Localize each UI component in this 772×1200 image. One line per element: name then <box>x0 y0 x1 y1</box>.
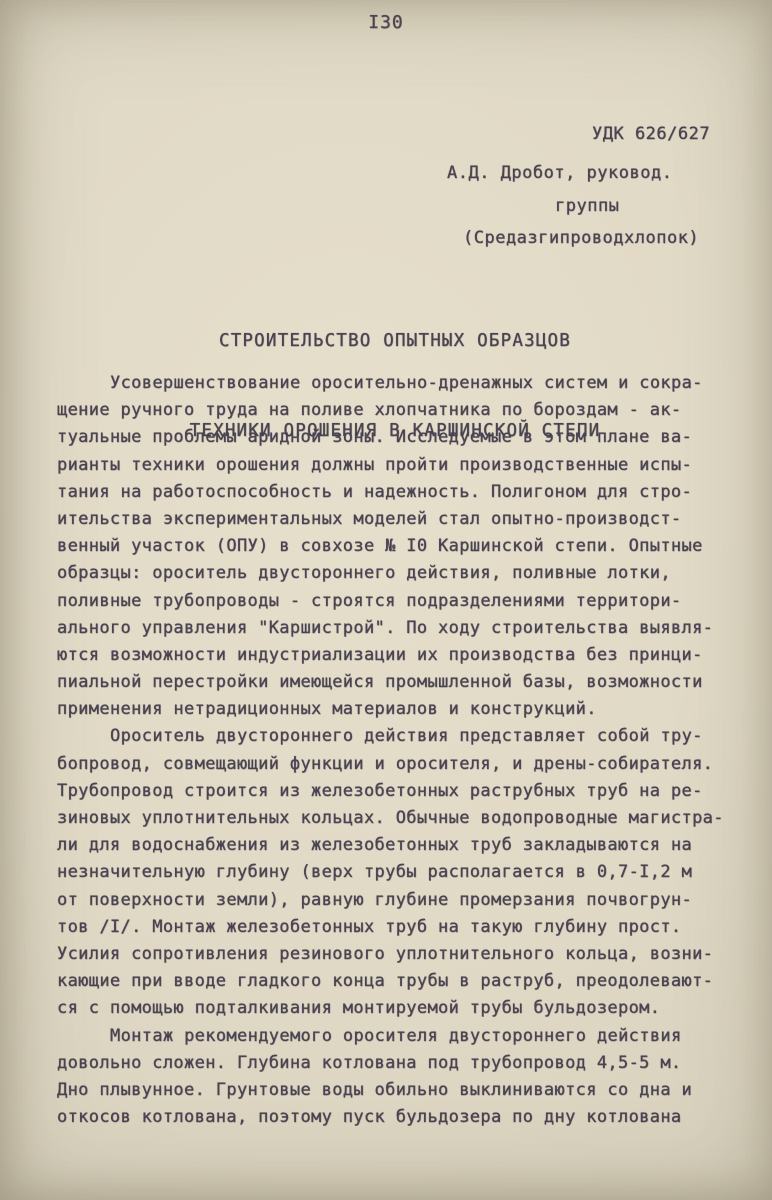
text-line: Усилия сопротивления резинового уплотнит… <box>57 941 733 968</box>
text-line: образцы: ороситель двустороннего действи… <box>57 560 733 587</box>
text-line: ального управления "Каршистрой". По ходу… <box>57 615 733 642</box>
text-line: Усовершенствование оросительно-дренажных… <box>57 370 733 397</box>
document-body: Усовершенствование оросительно-дренажных… <box>57 370 733 1131</box>
text-line: пиальной перестройки имеющейся промышлен… <box>57 669 733 696</box>
author-group: группы <box>555 196 619 216</box>
document-title-line1: СТРОИТЕЛЬСТВО ОПЫТНЫХ ОБРАЗЦОВ <box>57 326 733 356</box>
text-line: ли для водоснабжения из железобетонных т… <box>57 832 733 859</box>
text-line: кающие при вводе гладкого конца трубы в … <box>57 968 733 995</box>
text-line: Трубопровод строится из железобетонных р… <box>57 778 733 805</box>
text-line: ительства экспериментальных моделей стал… <box>57 506 733 533</box>
text-line: ся с помощью подталкивания монтируемой т… <box>57 995 733 1022</box>
text-line: ются возможности индустриализации их про… <box>57 642 733 669</box>
author-organization: (Средазгипроводхлопок) <box>463 228 699 248</box>
text-line: поливные трубопроводы - строятся подразд… <box>57 588 733 615</box>
text-line: Монтаж рекомендуемого оросителя двусторо… <box>57 1023 733 1050</box>
page-number: I30 <box>0 12 772 33</box>
text-line: Ороситель двустороннего действия предста… <box>57 723 733 750</box>
udk-classification: УДК 626/627 <box>592 124 710 144</box>
text-line: зиновых уплотнительных кольцах. Обычные … <box>57 805 733 832</box>
text-line: бопровод, совмещающий функции и оросител… <box>57 751 733 778</box>
text-line: довольно сложен. Глубина котлована под т… <box>57 1050 733 1077</box>
text-line: венный участок (ОПУ) в совхозе № I0 Карш… <box>57 533 733 560</box>
text-line: Дно плывунное. Грунтовые воды обильно вы… <box>57 1077 733 1104</box>
scanned-document-page: I30 УДК 626/627 А.Д. Дробот, руковод. гр… <box>0 0 772 1200</box>
text-line: тов /I/. Монтаж железобетонных труб на т… <box>57 914 733 941</box>
text-line: щение ручного труда на поливе хлопчатник… <box>57 397 733 424</box>
text-line: туальные проблемы аридной зоны. Исследуе… <box>57 424 733 451</box>
text-line: от поверхности земли), равную глубине пр… <box>57 887 733 914</box>
author-name: А.Д. Дробот, руковод. <box>447 163 672 183</box>
text-line: тания на работоспособность и надежность.… <box>57 479 733 506</box>
text-line: откосов котлована, поэтому пуск бульдозе… <box>57 1104 733 1131</box>
text-line: незначительную глубину (верх трубы распо… <box>57 859 733 886</box>
text-line: применения нетрадиционных материалов и к… <box>57 696 733 723</box>
text-line: рианты техники орошения должны пройти пр… <box>57 452 733 479</box>
